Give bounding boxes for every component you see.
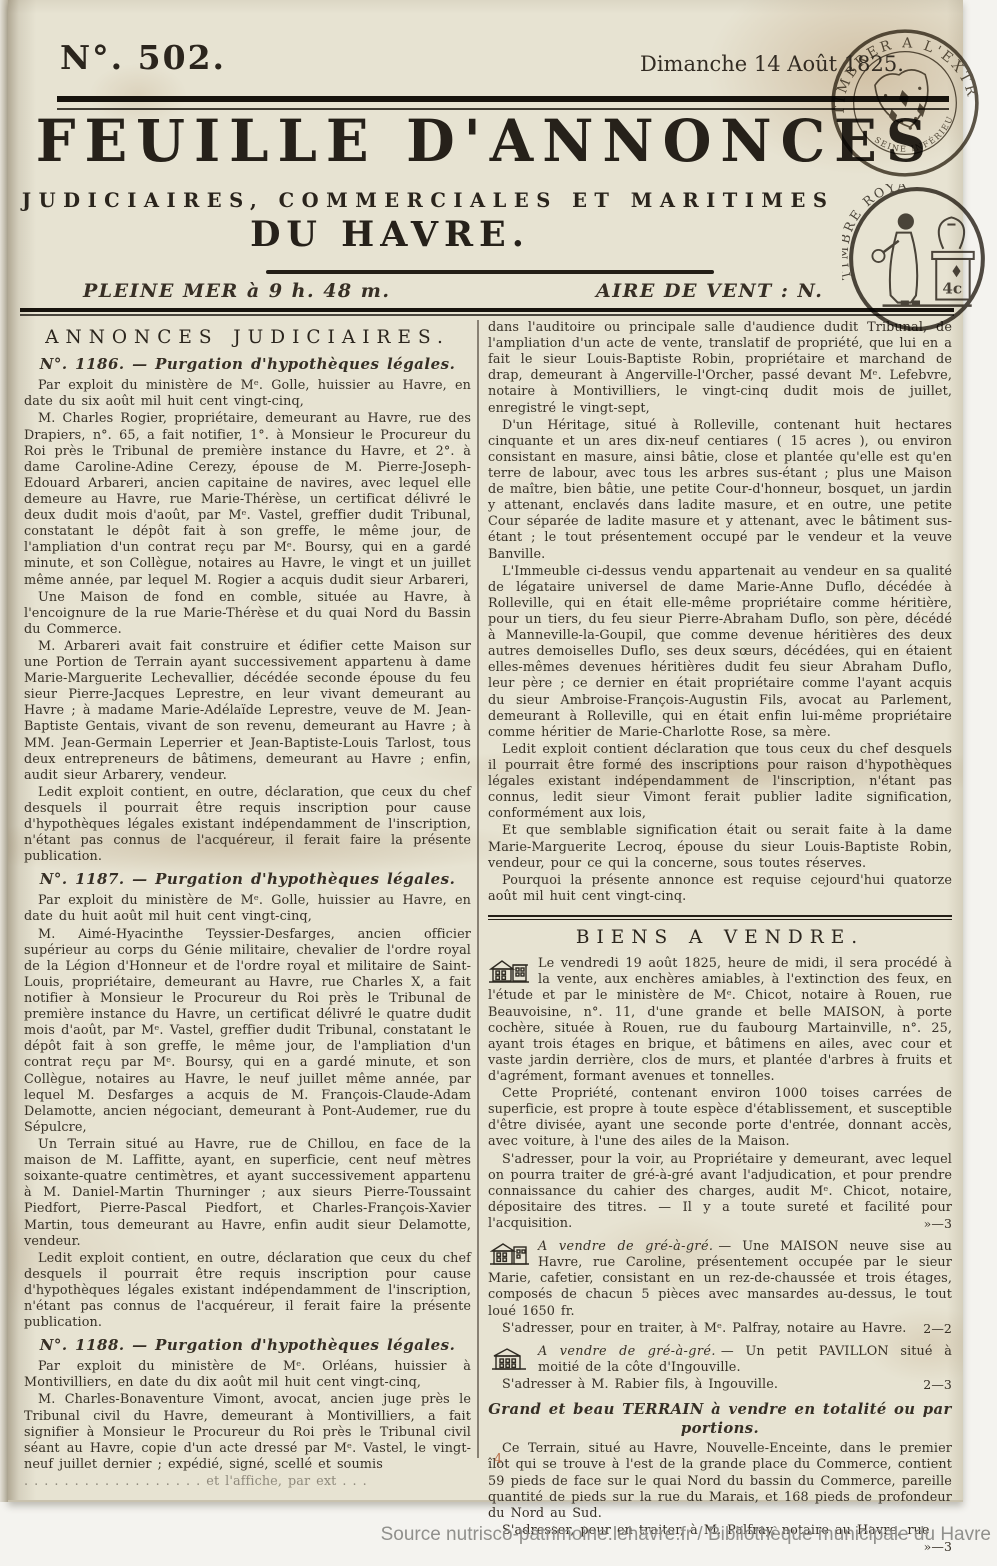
paragraph: S'adresser, pour la voir, au Propriétair… [488, 1152, 952, 1233]
column-divider [477, 320, 479, 1458]
paragraph: Ledit exploit contient, en outre, déclar… [24, 1251, 471, 1332]
ad-contact: S'adresser, pour en traiter, à Mᵉ. Palfr… [502, 1321, 906, 1336]
section-title-annonces: ANNONCES JUDICIAIRES. [24, 326, 471, 349]
extraordinary-stamp: TIMBRER A L'EXTRAORD. SEINE INFÉRIEURE [814, 12, 997, 195]
ad-terrain: Grand et beau TERRAIN à vendre en totali… [488, 1401, 952, 1539]
ad-contact: S'adresser à M. Rabier fils, à Ingouvill… [502, 1377, 778, 1392]
faded-line: . . . . . . . . . . . . . . . . . . et l… [24, 1474, 471, 1490]
attribution-bar: Source nutrisco-patrimoine.lehavre.fr / … [0, 1524, 991, 1546]
masthead-title: FEUILLE D'ANNONCES [8, 107, 963, 176]
paragraph: Et que semblable signification était ou … [488, 823, 952, 871]
paragraph: M. Charles-Bonaventure Vimont, avocat, a… [24, 1392, 471, 1473]
section-separator [488, 915, 952, 917]
paragraph: Ledit exploit contient déclaration que t… [488, 742, 952, 823]
attribution-text: Source nutrisco-patrimoine.lehavre.fr / … [381, 1524, 991, 1545]
house-icon [488, 1347, 530, 1374]
paragraph: Par exploit du ministère de Mᵉ. Orléans,… [24, 1359, 471, 1391]
masthead-subtitle: JUDICIAIRES, COMMERCIALES ET MARITIMES [8, 189, 848, 212]
ad-ref: 2—2 [909, 1321, 952, 1337]
wind-info: AIRE DE VENT : N. [596, 280, 823, 302]
left-column: ANNONCES JUDICIAIRES. N°. 1186. — Purgat… [24, 322, 471, 1491]
paragraph: M. Arbareri avait fait construire et édi… [24, 639, 471, 784]
paragraph: Ce Terrain, situé au Havre, Nouvelle-Enc… [488, 1441, 952, 1522]
paragraph: Par exploit du ministère de Mᵉ. Golle, h… [24, 893, 471, 925]
notice-heading: N°. 1186. — Purgation d'hypothèques léga… [24, 355, 471, 374]
paragraph: Pourquoi la présente annonce est requise… [488, 873, 952, 905]
page-mark: 4 [494, 1452, 502, 1467]
paragraph: L'Immeuble ci-dessus vendu appartenait a… [488, 564, 952, 741]
house-icon [488, 1242, 530, 1269]
horizontal-rule [20, 314, 954, 316]
house-icon [488, 959, 530, 986]
notice-heading: N°. 1188. — Purgation d'hypothèques léga… [24, 1336, 471, 1355]
section-separator [488, 919, 952, 920]
ad-heading: Grand et beau TERRAIN à vendre en totali… [488, 1401, 952, 1438]
paragraph: S'adresser, pour en traiter, à Mᵉ. Palfr… [488, 1321, 952, 1337]
newspaper-page: N°. 502. Dimanche 14 Août 1825. FEUILLE … [8, 0, 963, 1502]
ad-ref: »—3 [910, 1216, 952, 1232]
section-title-biens: BIENS A VENDRE. [488, 926, 952, 949]
paragraph: Une Maison de fond en comble, située au … [24, 590, 471, 638]
ad-pavillon: A vendre de gré-à-gré.— Un petit PAVILLO… [488, 1344, 952, 1393]
scanned-page: N°. 502. Dimanche 14 Août 1825. FEUILLE … [0, 0, 997, 1566]
ad-maison-rouen: Le vendredi 19 août 1825, heure de midi,… [488, 956, 952, 1232]
tide-info: PLEINE MER à 9 h. 48 m. [83, 280, 390, 302]
paragraph: Par exploit du ministère de Mᵉ. Golle, h… [24, 378, 471, 410]
paragraph: D'un Héritage, situé à Rolleville, conte… [488, 418, 952, 563]
issue-date: Dimanche 14 Août 1825. [640, 52, 904, 76]
paragraph: M. Charles Rogier, propriétaire, demeura… [24, 411, 471, 588]
paragraph: A vendre de gré-à-gré.— Une MAISON neuve… [488, 1239, 952, 1320]
right-column: dans l'auditoire ou principale salle d'a… [488, 320, 952, 1555]
ad-lead: A vendre de gré-à-gré. [538, 1344, 716, 1359]
paragraph: A vendre de gré-à-gré.— Un petit PAVILLO… [488, 1344, 952, 1376]
ad-maison-caroline: A vendre de gré-à-gré.— Une MAISON neuve… [488, 1239, 952, 1337]
paragraph: Le vendredi 19 août 1825, heure de midi,… [488, 956, 952, 1085]
ad-ref: 2—3 [909, 1377, 952, 1393]
paragraph: Un Terrain situé au Havre, rue de Chillo… [24, 1137, 471, 1250]
horizontal-rule [57, 96, 949, 102]
horizontal-rule [20, 308, 954, 312]
paragraph: S'adresser à M. Rabier fils, à Ingouvill… [488, 1377, 952, 1393]
notice-heading: N°. 1187. — Purgation d'hypothèques léga… [24, 870, 471, 889]
ad-contact: S'adresser, pour la voir, au Propriétair… [488, 1152, 952, 1231]
timbre-royal-stamp: TIMBRE ROYAL. 4c [842, 184, 994, 336]
ad-lead: A vendre de gré-à-gré. [538, 1239, 713, 1254]
stamp-denomination: 4c [942, 279, 962, 297]
ad-text: Le vendredi 19 août 1825, heure de midi,… [488, 956, 952, 1084]
masthead-city: DU HAVRE. [8, 214, 772, 255]
paragraph: Cette Propriété, contenant environ 1000 … [488, 1086, 952, 1150]
horizontal-rule [266, 270, 714, 274]
paragraph: M. Aimé-Hyacinthe Teyssier-Desfarges, an… [24, 927, 471, 1136]
issue-number: N°. 502. [60, 38, 226, 77]
paragraph: Ledit exploit contient, en outre, déclar… [24, 785, 471, 866]
